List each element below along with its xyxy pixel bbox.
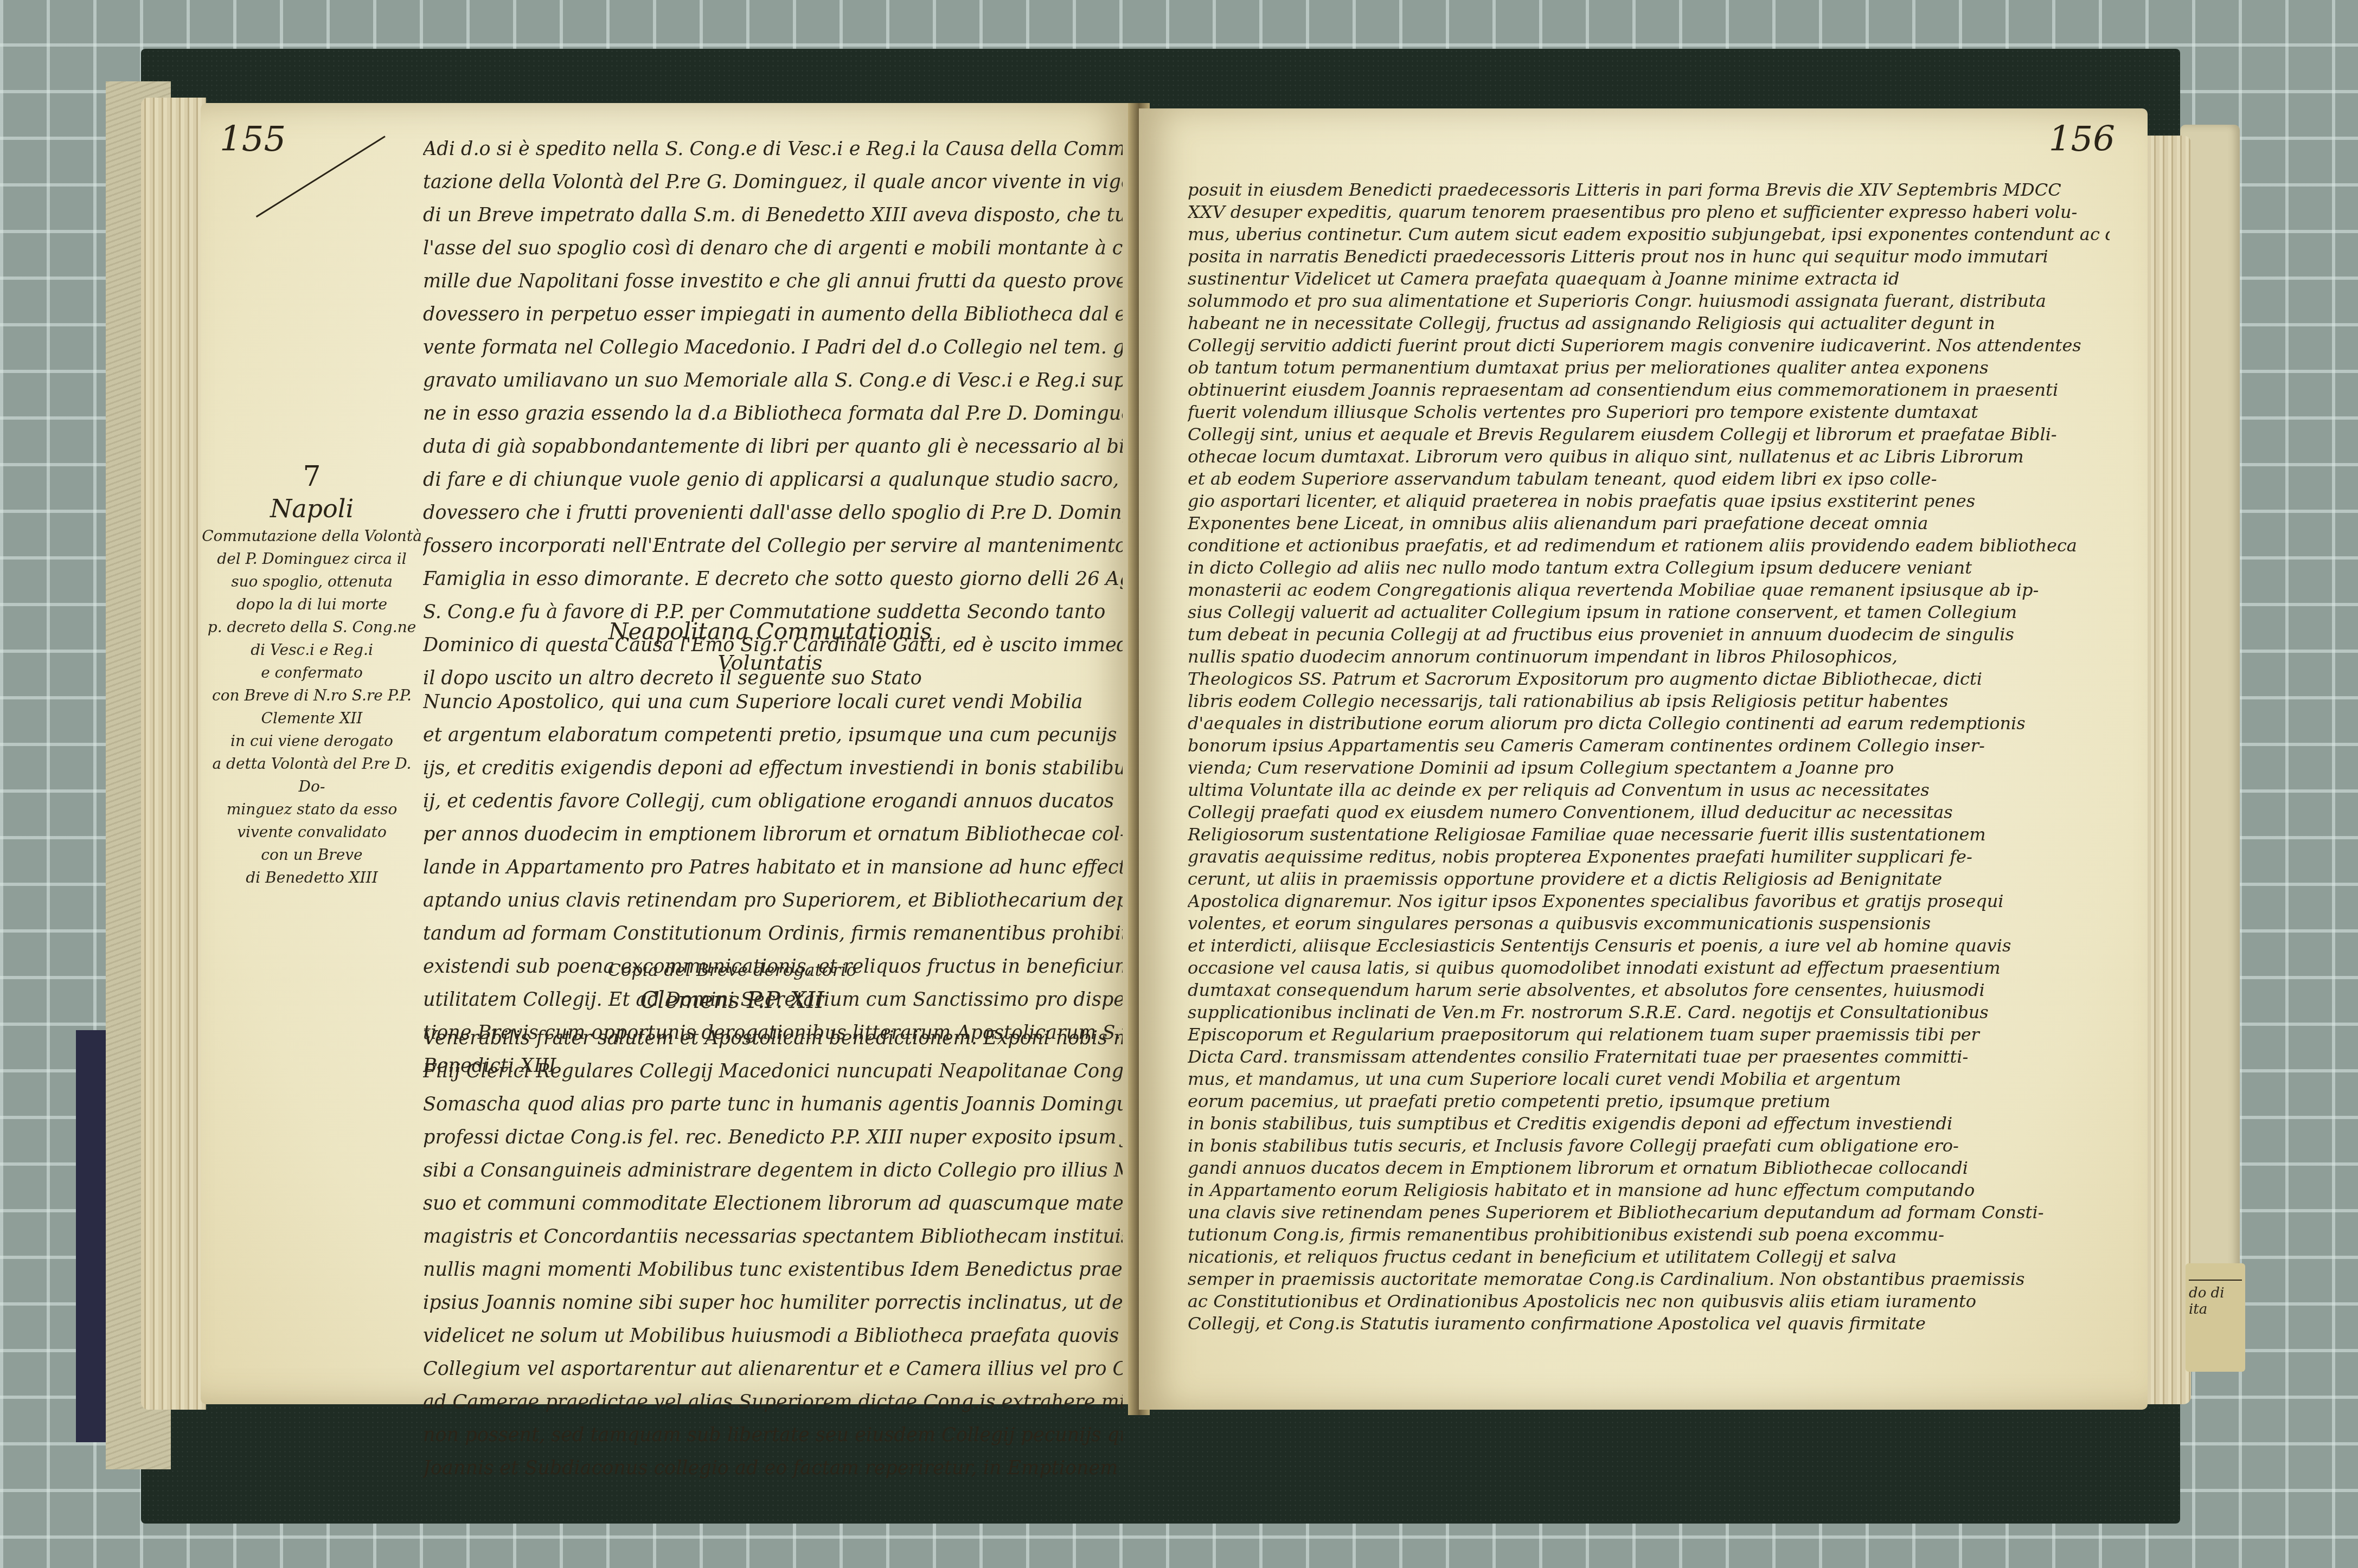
text-line: gio asportari licenter, et aliquid praet… <box>1188 490 2110 512</box>
marginal-note-line: vivente convalidato <box>201 821 423 844</box>
text-line: eorum pacemius, ut praefati pretio compe… <box>1188 1090 2110 1113</box>
text-line: obtinuerint eiusdem Joannis repraesentam… <box>1188 379 2110 401</box>
text-line: sius Collegij valuerit ad actualiter Col… <box>1188 601 2110 624</box>
text-line: Collegij servitio addicti fuerint prout … <box>1188 335 2110 357</box>
text-line: Nuncio Apostolico, qui una cum Superiore… <box>423 686 1123 719</box>
text-line: videlicet ne solum ut Mobilibus huiusmod… <box>423 1320 1123 1353</box>
text-line: dumtaxat consequendum harum serie absolv… <box>1188 979 2110 1001</box>
section-subheading: Voluntatis <box>607 651 933 674</box>
text-line: tum debeat in pecunia Collegij at ad fru… <box>1188 624 2110 646</box>
marginal-note-line: Clemente XII <box>201 707 423 730</box>
left-page-upper-text: Adi d.o si è spedito nella S. Cong.e di … <box>423 133 1123 695</box>
papal-heading: Clemens P.P. XII <box>580 987 884 1013</box>
text-line: solummodo et pro sua alimentatione et Su… <box>1188 290 2110 312</box>
text-line: Episcoporum et Regularium praepositorum … <box>1188 1024 2110 1046</box>
text-line: supplicationibus inclinati de Ven.m Fr. … <box>1188 1001 2110 1024</box>
text-line: ij, et cedentis favore Collegij, cum obl… <box>423 785 1123 818</box>
text-line: nicationis, et reliquos fructus cedant i… <box>1188 1246 2110 1268</box>
text-line: ob tantum totum permanentium dumtaxat pr… <box>1188 357 2110 379</box>
text-line: fuerit volendum illiusque Scholis verten… <box>1188 401 2110 423</box>
text-line: nullis spatio duodecim annorum continuor… <box>1188 646 2110 668</box>
text-line: Collegij sint, unius et aequale et Brevi… <box>1188 423 2110 446</box>
text-line: libris eodem Collegio necessarijs, tali … <box>1188 690 2110 712</box>
text-line: Joannis et Subdiaconus collegio ad eo fa… <box>423 1452 1123 1485</box>
text-line: duta di già sopabbondantemente di libri … <box>423 430 1123 464</box>
marginal-note-line: e confermato <box>201 661 423 684</box>
text-line: othecae locum dumtaxat. Librorum vero qu… <box>1188 446 2110 468</box>
folio-number-right: 156 <box>2049 119 2115 159</box>
text-line: semper in praemissis auctoritate memorat… <box>1188 1268 2110 1290</box>
text-line: in Appartamento eorum Religiosis habitat… <box>1188 1179 2110 1201</box>
marginal-note-line: suo spoglio, ottenuta <box>201 570 423 593</box>
section-heading: Neapolitana Commutationis <box>607 618 933 645</box>
left-page: 155 7 Napoli Commutazione della Volontà … <box>201 103 1133 1404</box>
text-line: posuit in eiusdem Benedicti praedecessor… <box>1188 179 2110 201</box>
page-stack-right <box>2142 136 2191 1404</box>
marginal-note-line: p. decreto della S. Cong.ne <box>201 616 423 639</box>
right-page: 156 posuit in eiusdem Benedicti praedece… <box>1139 108 2148 1410</box>
marginal-note-number: 7 <box>201 461 423 492</box>
text-line: vienda; Cum reservatione Dominii ad ipsu… <box>1188 757 2110 779</box>
text-line: Adi d.o si è spedito nella S. Cong.e di … <box>423 133 1123 166</box>
text-line: l'asse del suo spoglio così di denaro ch… <box>423 232 1123 265</box>
marginal-note-line: del P. Dominguez circa il <box>201 548 423 570</box>
text-line: ad Camerae praedictae vel alias Superior… <box>423 1386 1123 1419</box>
text-line: di un Breve impetrato dalla S.m. di Bene… <box>423 199 1123 232</box>
text-line: professi dictae Cong.is fel. rec. Benedi… <box>423 1121 1123 1154</box>
marginal-note-line: minguez stato da esso <box>201 798 423 821</box>
text-line: ac Constitutionibus et Ordinationibus Ap… <box>1188 1290 2110 1313</box>
text-line: mus, uberius continetur. Cum autem sicut… <box>1188 223 2110 246</box>
inserted-slip: do di ita <box>2186 1263 2245 1372</box>
marginal-note-line: con un Breve <box>201 844 423 866</box>
text-line: Theologicos SS. Patrum et Sacrorum Expos… <box>1188 668 2110 690</box>
text-line: et interdicti, aliisque Ecclesiasticis S… <box>1188 935 2110 957</box>
text-line: aptando unius clavis retinendam pro Supe… <box>423 884 1123 917</box>
text-line: sustinentur Videlicet ut Camera praefata… <box>1188 268 2110 290</box>
marginal-note-line: di Vesc.i e Reg.i <box>201 639 423 661</box>
slip-text: do di <box>2189 1285 2242 1301</box>
text-line: sibi a Consanguineis administrare degent… <box>423 1154 1123 1187</box>
marginal-note-line: Commutazione della Volontà <box>201 525 423 548</box>
text-line: per annos duodecim in emptionem librorum… <box>423 818 1123 851</box>
marginal-note-place: Napoli <box>201 492 423 525</box>
text-line: in dicto Collegio ad aliis nec nullo mod… <box>1188 557 2110 579</box>
left-page-lower-text: Venerabilis frater salutem et Apostolica… <box>423 1022 1123 1485</box>
text-line: dovessero che i frutti provenienti dall'… <box>423 497 1123 530</box>
text-line: nullis magni momenti Mobilibus tunc exis… <box>423 1254 1123 1287</box>
text-line: XXV desuper expeditis, quarum tenorem pr… <box>1188 201 2110 223</box>
right-page-text: posuit in eiusdem Benedicti praedecessor… <box>1188 179 2110 1335</box>
text-line: mus, et mandamus, ut una cum Superiore l… <box>1188 1068 2110 1090</box>
marginal-note-line: con Breve di N.ro S.re P.P. <box>201 684 423 707</box>
text-line: tutionum Cong.is, firmis remanentibus pr… <box>1188 1224 2110 1246</box>
text-line: ne in esso grazia essendo la d.a Bibliot… <box>423 397 1123 430</box>
text-line: d'aequales in distributione eorum alioru… <box>1188 712 2110 735</box>
text-line: in bonis stabilibus, tuis sumptibus et C… <box>1188 1113 2110 1135</box>
folio-number-left: 155 <box>220 119 286 159</box>
text-line: lande in Appartamento pro Patres habitat… <box>423 851 1123 884</box>
text-line: Venerabilis frater salutem et Apostolica… <box>423 1022 1123 1055</box>
slip-text: ita <box>2189 1301 2242 1318</box>
text-line: et ab eodem Superiore asservandum tabula… <box>1188 468 2110 490</box>
text-line: fossero incorporati nell'Entrate del Col… <box>423 530 1123 563</box>
text-line: non possent, sed tamquam sub libertate s… <box>423 1419 1123 1452</box>
marginal-note-line: dopo la di lui morte <box>201 593 423 616</box>
text-line: bonorum ipsius Appartamentis seu Cameris… <box>1188 735 2110 757</box>
copy-caption: Copia del Breve derogatorio <box>580 960 884 980</box>
text-line: monasterii ac eodem Congregationis aliqu… <box>1188 579 2110 601</box>
text-line: Religiosorum sustentatione Religiosae Fa… <box>1188 824 2110 846</box>
marginal-note-line: a detta Volontà del P.re D. Do- <box>201 753 423 798</box>
text-line: Collegij, et Cong.is Statutis iuramento … <box>1188 1313 2110 1335</box>
text-line: gravatis aequissime reditus, nobis propt… <box>1188 846 2110 868</box>
text-line: tandum ad formam Constitutionum Ordinis,… <box>423 917 1123 950</box>
text-line: in bonis stabilibus tutis securis, et In… <box>1188 1135 2110 1157</box>
text-line: tazione della Volontà del P.re G. Doming… <box>423 166 1123 199</box>
text-line: vente formata nel Collegio Macedonio. I … <box>423 331 1123 364</box>
text-line: suo et communi commoditate Electionem li… <box>423 1187 1123 1220</box>
text-line: ipsius Joannis nomine sibi super hoc hum… <box>423 1287 1123 1320</box>
text-line: Collegij praefati quod ex eiusdem numero… <box>1188 801 2110 824</box>
text-line: et argentum elaboratum competenti pretio… <box>423 719 1123 752</box>
text-line: volentes, et eorum singulares personas a… <box>1188 912 2110 935</box>
text-line: mille due Napolitani fosse investito e c… <box>423 265 1123 298</box>
text-line: Exponentes bene Liceat, in omnibus aliis… <box>1188 512 2110 535</box>
text-line: cerunt, ut aliis in praemissis opportune… <box>1188 868 2110 890</box>
text-line: Filij Clerici Regulares Collegij Macedon… <box>423 1055 1123 1088</box>
text-line: dovessero in perpetuo esser impiegati in… <box>423 298 1123 331</box>
text-line: Apostolica dignaremur. Nos igitur ipsos … <box>1188 890 2110 912</box>
text-line: gravato umiliavano un suo Memoriale alla… <box>423 364 1123 397</box>
text-line: ijs, et creditis exigendis deponi ad eff… <box>423 752 1123 785</box>
text-line: habeant ne in necessitate Collegij, fruc… <box>1188 312 2110 335</box>
text-line: gandi annuos ducatos decem in Emptionem … <box>1188 1157 2110 1179</box>
text-line: di fare e di chiunque vuole genio di app… <box>423 464 1123 497</box>
text-line: Dicta Card. transmissam attendentes cons… <box>1188 1046 2110 1068</box>
marginal-note-line: di Benedetto XIII <box>201 866 423 889</box>
text-line: Famiglia in esso dimorante. E decreto ch… <box>423 563 1123 596</box>
text-line: magistris et Concordantiis necessarias s… <box>423 1220 1123 1254</box>
page-stack-left <box>141 98 206 1410</box>
text-line: ultima Voluntate illa ac deinde ex per r… <box>1188 779 2110 801</box>
text-line: una clavis sive retinendam penes Superio… <box>1188 1201 2110 1224</box>
slip-rule <box>2189 1280 2242 1281</box>
text-line: Somascha quod alias pro parte tunc in hu… <box>423 1088 1123 1121</box>
text-line: occasione vel causa latis, si quibus quo… <box>1188 957 2110 979</box>
text-line: posita in narratis Benedicti praedecesso… <box>1188 246 2110 268</box>
marginal-note-line: in cui viene derogato <box>201 730 423 753</box>
text-line: Collegium vel asportarentur aut alienare… <box>423 1353 1123 1386</box>
marginal-note: 7 Napoli Commutazione della Volontà del … <box>201 461 423 889</box>
text-line: conditione et actionibus praefatis, et a… <box>1188 535 2110 557</box>
